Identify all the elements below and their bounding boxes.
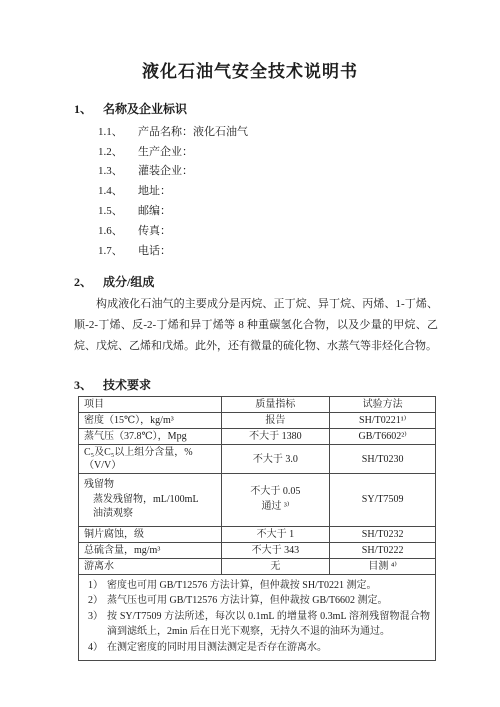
- cell-method: 目测 ⁴⁾: [330, 558, 436, 574]
- table-header-row: 项目 质量指标 试验方法: [79, 397, 436, 413]
- item-number: 1.7、: [98, 242, 124, 258]
- section2-heading-label: 成分/组成: [103, 274, 154, 290]
- cell-item: 游离水: [79, 558, 222, 574]
- item-number: 1.5、: [98, 202, 124, 218]
- residue-line: 油渍观察: [84, 507, 218, 522]
- table-row: 游离水 无 目测 ⁴⁾: [79, 558, 436, 574]
- list-item: 1.1、 产品名称：液化石油气: [98, 121, 248, 141]
- item-label: 生产企业：: [138, 143, 193, 159]
- footnote-number: 4）: [88, 640, 103, 656]
- cell-item: 密度（15℃），kg/m³: [79, 413, 222, 429]
- item-label: 灌装企业：: [138, 162, 193, 178]
- residue-line: 蒸发残留物，mL/100mL: [84, 493, 218, 508]
- item-label: 邮编：: [138, 202, 171, 218]
- section1-heading: 1、 名称及企业标识: [74, 101, 187, 117]
- list-item: 1.7、 电话：: [98, 240, 248, 260]
- section1-number: 1、: [74, 101, 92, 117]
- cell-spec: 不大于 1380: [221, 429, 330, 445]
- list-item: 1.6、 传真：: [98, 220, 248, 240]
- footnote: 1） 密度也可用 GB/T12576 方法计算，但仲裁按 SH/T0221 测定…: [86, 578, 430, 594]
- cell-method: GB/T6602²⁾: [330, 429, 436, 445]
- section3-heading: 3、 技术要求: [74, 377, 151, 393]
- item-number: 1.3、: [98, 162, 124, 178]
- column-header-item: 项目: [79, 397, 222, 413]
- spec-table: 项目 质量指标 试验方法 密度（15℃），kg/m³ 报告 SH/T0221¹⁾…: [78, 396, 436, 661]
- cell-item: 铜片腐蚀，级: [79, 526, 222, 542]
- list-item: 1.5、 邮编：: [98, 200, 248, 220]
- footnote-text: 密度也可用 GB/T12576 方法计算，但仲裁按 SH/T0221 测定。: [107, 580, 376, 591]
- section1-item-list: 1.1、 产品名称：液化石油气 1.2、 生产企业： 1.3、 灌装企业： 1.…: [98, 121, 248, 260]
- item-number: 1.2、: [98, 143, 124, 159]
- cell-spec: 不大于 343: [221, 542, 330, 558]
- table-row: 总硫含量，mg/m³ 不大于 343 SH/T0222: [79, 542, 436, 558]
- cell-spec: 无: [221, 558, 330, 574]
- footnote-text: 在测定密度的同时用目测法测定是否存在游离水。: [107, 642, 327, 653]
- item-number: 1.4、: [98, 182, 124, 198]
- footnote-number: 3）: [88, 609, 103, 625]
- spec-line: 不大于 0.05: [225, 485, 327, 500]
- table-row: C₅及C₅以上组分含量，%（V/V） 不大于 3.0 SH/T0230: [79, 445, 436, 474]
- section1-heading-label: 名称及企业标识: [103, 101, 187, 117]
- cell-item: 残留物 蒸发残留物，mL/100mL 油渍观察: [79, 474, 222, 527]
- cell-method: SH/T0230: [330, 445, 436, 474]
- cell-spec: 报告: [221, 413, 330, 429]
- cell-spec: 不大于 3.0: [221, 445, 330, 474]
- item-label: 产品名称：液化石油气: [138, 123, 248, 139]
- section3-heading-label: 技术要求: [103, 377, 151, 393]
- footnote: 4） 在测定密度的同时用目测法测定是否存在游离水。: [86, 640, 430, 656]
- cell-item: C₅及C₅以上组分含量，%（V/V）: [79, 445, 222, 474]
- footnote-number: 1）: [88, 578, 103, 594]
- table-row: 铜片腐蚀，级 不大于 1 SH/T0232: [79, 526, 436, 542]
- section2-heading: 2、 成分/组成: [74, 274, 154, 290]
- residue-line: 残留物: [84, 478, 218, 493]
- item-label: 传真：: [138, 222, 171, 238]
- footnote: 2） 蒸气压也可用 GB/T12576 方法计算，但仲裁按 GB/T6602 测…: [86, 593, 430, 609]
- footnote-number: 2）: [88, 593, 103, 609]
- item-label: 电话：: [138, 242, 171, 258]
- document-page: 液化石油气安全技术说明书 1、 名称及企业标识 1.1、 产品名称：液化石油气 …: [0, 0, 500, 707]
- footnote-text: 蒸气压也可用 GB/T12576 方法计算，但仲裁按 GB/T6602 测定。: [107, 595, 388, 606]
- item-number: 1.1、: [98, 123, 124, 139]
- cell-item: 总硫含量，mg/m³: [79, 542, 222, 558]
- cell-item: 蒸气压（37.8℃），Mpg: [79, 429, 222, 445]
- footnote-text: 按 SY/T7509 方法所述，每次以 0.1mL 的增量将 0.3mL 溶剂残…: [107, 611, 430, 638]
- composition-paragraph: 构成液化石油气的主要成分是丙烷、正丁烷、异丁烷、丙烯、1-丁烯、顺-2-丁烯、反…: [74, 294, 438, 357]
- cell-spec: 不大于 1: [221, 526, 330, 542]
- page-title: 液化石油气安全技术说明书: [0, 60, 500, 84]
- table-row-residue: 残留物 蒸发残留物，mL/100mL 油渍观察 不大于 0.05 通过 ³⁾ S…: [79, 474, 436, 527]
- cell-method: SH/T0221¹⁾: [330, 413, 436, 429]
- footnotes-cell: 1） 密度也可用 GB/T12576 方法计算，但仲裁按 SH/T0221 测定…: [79, 574, 436, 661]
- item-label: 地址：: [138, 182, 171, 198]
- section3-number: 3、: [74, 377, 92, 393]
- list-item: 1.3、 灌装企业：: [98, 161, 248, 181]
- column-header-spec: 质量指标: [221, 397, 330, 413]
- table-footnotes-row: 1） 密度也可用 GB/T12576 方法计算，但仲裁按 SH/T0221 测定…: [79, 574, 436, 661]
- table-row: 密度（15℃），kg/m³ 报告 SH/T0221¹⁾: [79, 413, 436, 429]
- spec-line: 通过 ³⁾: [225, 500, 327, 515]
- column-header-method: 试验方法: [330, 397, 436, 413]
- list-item: 1.2、 生产企业：: [98, 141, 248, 161]
- table-row: 蒸气压（37.8℃），Mpg 不大于 1380 GB/T6602²⁾: [79, 429, 436, 445]
- footnote: 3） 按 SY/T7509 方法所述，每次以 0.1mL 的增量将 0.3mL …: [86, 609, 430, 640]
- item-number: 1.6、: [98, 222, 124, 238]
- cell-method: SY/T7509: [330, 474, 436, 527]
- cell-spec: 不大于 0.05 通过 ³⁾: [221, 474, 330, 527]
- cell-method: SH/T0222: [330, 542, 436, 558]
- section2-number: 2、: [74, 274, 92, 290]
- list-item: 1.4、 地址：: [98, 180, 248, 200]
- cell-method: SH/T0232: [330, 526, 436, 542]
